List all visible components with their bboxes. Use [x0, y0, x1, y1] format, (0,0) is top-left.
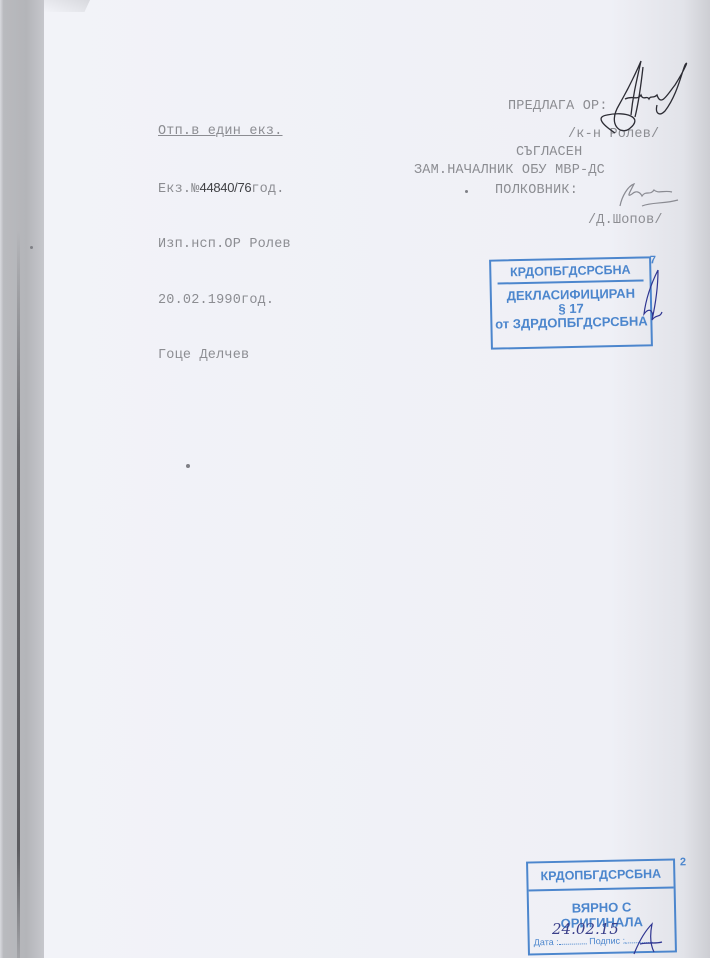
signature-shopov	[612, 178, 684, 218]
handwritten-date: 24.02.15	[552, 920, 619, 938]
date-label: Дата :	[534, 937, 559, 948]
copy-info-block: Отп.в един екз. Екз.№44840/76год. Изп.нс…	[158, 86, 291, 384]
location-line: Гоце Делчев	[158, 347, 291, 366]
approval-block: ПРЕДЛАГА ОР: /к-н Ролев/ СЪГЛАСЕН ЗАМ.НА…	[430, 98, 447, 228]
stamp-signature-mark	[630, 920, 666, 956]
law-reference: от ЗДРДОПБГДСРСБНА	[492, 314, 650, 331]
scan-speck	[465, 190, 468, 193]
stamp-header: КРДОПБГДСРСБНА 7	[497, 258, 643, 284]
scan-speck	[30, 246, 33, 249]
page-corner-fold	[44, 0, 90, 12]
binder-strip	[0, 0, 44, 958]
copy-number-line: Екз.№44840/76год.	[158, 179, 291, 200]
date-line: 20.02.1990год.	[158, 292, 291, 311]
scan-speck	[186, 464, 190, 468]
declassified-stamp: КРДОПБГДСРСБНА 7 ДЕКЛАСИФИЦИРАН § 17 от …	[489, 256, 653, 349]
deputy-chief-title: ЗАМ.НАЧАЛНИК ОБУ МВР-ДС	[414, 162, 605, 181]
stamp-initial-mark	[640, 268, 664, 324]
agreed-label: СЪГЛАСЕН	[516, 144, 582, 163]
signature-rolev	[585, 55, 697, 145]
executor-line: Изп.нсп.ОР Ролев	[158, 236, 291, 255]
binder-edge	[17, 230, 20, 958]
copy-number: 44840/76	[200, 180, 252, 195]
colonel-label: ПОЛКОВНИК:	[495, 182, 578, 201]
stamp-number: 2	[680, 856, 686, 868]
stamp-header: КРДОПБГДСРСБНА 2	[528, 860, 674, 891]
stamp-number: 7	[650, 254, 656, 266]
copies-line: Отп.в един екз.	[158, 123, 291, 142]
